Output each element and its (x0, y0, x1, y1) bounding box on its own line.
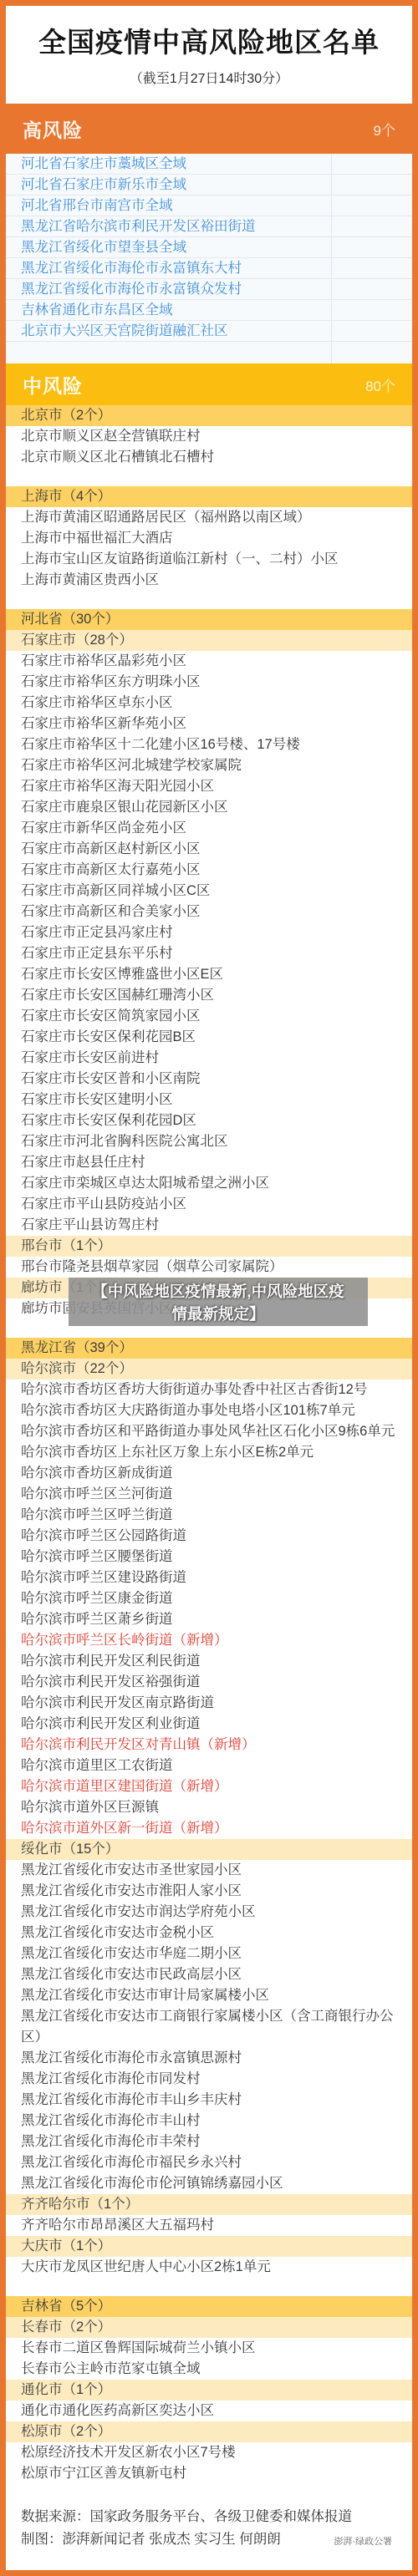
high-risk-row: 河北省邢台市南宫市全域 (6, 196, 412, 216)
area-item: 哈尔滨市利民开发区裕强街道 (6, 1672, 412, 1693)
high-risk-row: 黑龙江省绥化市海伦市永富镇东大村 (6, 258, 412, 279)
risk-group: 上海市（4个）上海市黄浦区昭通路居民区（福州路以南区域）上海市中福世福汇大酒店上… (6, 486, 412, 591)
area-item: 石家庄市长安区建明小区 (6, 1090, 412, 1110)
high-risk-row: 黑龙江省绥化市望奎县全域 (6, 237, 412, 258)
area-item: 石家庄市正定县东平乐村 (6, 943, 412, 964)
high-risk-area: 黑龙江省绥化市海伦市永富镇东大村 (6, 258, 332, 278)
medium-risk-groups: 北京市（2个）北京市顺义区赵全营镇联庄村北京市顺义区北石槽镇北石槽村上海市（4个… (6, 405, 412, 2484)
page-subtitle: （截至1月27日14时30分） (14, 68, 404, 87)
area-item: 上海市黄浦区昭通路居民区（福州路以南区域） (6, 507, 412, 528)
area-item: 哈尔滨市香坊区新成街道 (6, 1463, 412, 1484)
high-risk-row: 河北省石家庄市藁城区全域 (6, 154, 412, 175)
city-subheader: 齐齐哈尔市（1个） (6, 2194, 412, 2215)
group-gap (6, 591, 412, 609)
area-item: 黑龙江省绥化市安达市圣世家园小区 (6, 1860, 412, 1881)
high-risk-row-note-cell (332, 216, 412, 236)
area-item: 石家庄市长安区保利花园D区 (6, 1110, 412, 1131)
infographic-root: 全国疫情中高风险地区名单 （截至1月27日14时30分） 高风险 9个 河北省石… (0, 0, 418, 2576)
area-item: 石家庄市裕华区新华苑小区 (6, 714, 412, 734)
area-item: 上海市黄浦区贵西小区 (6, 570, 412, 591)
caption-line-2: 情最新规定】 (69, 1303, 368, 1325)
high-risk-row-note-cell (332, 237, 412, 257)
area-item: 黑龙江省绥化市海伦市福民乡永兴村 (6, 2152, 412, 2173)
area-item-new: 哈尔滨市道里区建国街道（新增） (6, 1776, 412, 1797)
area-item: 黑龙江省绥化市安达市审计局家属楼小区 (6, 1985, 412, 2006)
high-risk-row-note-cell (332, 279, 412, 299)
area-item: 石家庄市正定县冯家庄村 (6, 922, 412, 943)
area-item: 石家庄市赵县任庄村 (6, 1152, 412, 1173)
area-item: 哈尔滨市呼兰区呼兰街道 (6, 1505, 412, 1526)
city-subheader: 通化市（1个） (6, 2380, 412, 2401)
high-risk-area: 黑龙江省哈尔滨市利民开发区裕田街道 (6, 216, 332, 236)
area-item: 松原经济技术开发区新农小区7号楼 (6, 2442, 412, 2463)
area-item: 黑龙江省绥化市安达市淮阳人家小区 (6, 1881, 412, 1902)
high-risk-row-note-cell (332, 196, 412, 216)
group-header: 河北省（30个） (6, 609, 412, 630)
area-item: 石家庄市裕华区晶彩苑小区 (6, 651, 412, 672)
page-title: 全国疫情中高风险地区名单 (14, 26, 404, 59)
high-risk-row: 河北省石家庄市新乐市全域 (6, 175, 412, 196)
high-risk-area: 黑龙江省绥化市海伦市永富镇众发村 (6, 279, 332, 299)
area-item: 石家庄市裕华区卓东小区 (6, 693, 412, 714)
high-risk-row-note-cell (332, 154, 412, 174)
area-item: 黑龙江省绥化市海伦市永富镇思源村 (6, 2048, 412, 2069)
area-item: 石家庄市河北省胸科医院公寓北区 (6, 1131, 412, 1152)
area-item-new: 哈尔滨市道外区新一街道（新增） (6, 1818, 412, 1839)
data-source-note: 数据来源：国家政务服务平台、各级卫健委和媒体报道 (21, 2506, 397, 2528)
area-item: 哈尔滨市呼兰区萧乡街道 (6, 1609, 412, 1630)
area-item: 哈尔滨市香坊区香坊大街街道办事处香中社区古香街12号 (6, 1379, 412, 1400)
title-block: 全国疫情中高风险地区名单 （截至1月27日14时30分） (6, 6, 412, 104)
high-risk-label: 高风险 (23, 115, 83, 143)
medium-risk-count: 80个 (365, 374, 395, 395)
medium-risk-label: 中风险 (23, 371, 83, 399)
area-item: 石家庄市长安区简筑家园小区 (6, 1006, 412, 1027)
high-risk-blank-row (6, 342, 412, 363)
area-item: 石家庄市高新区同祥城小区C区 (6, 881, 412, 902)
group-header: 黑龙江省（39个） (6, 1338, 412, 1359)
high-risk-row: 北京市大兴区天宫院街道融汇社区 (6, 321, 412, 342)
area-item: 石家庄市高新区和合美家小区 (6, 902, 412, 922)
caption-line-1: 【中风险地区疫情最新,中风险地区疫 (69, 1280, 368, 1303)
area-item: 黑龙江省绥化市海伦市丰荣村 (6, 2131, 412, 2152)
area-item: 哈尔滨市香坊区和平路街道办事处风华社区石化小区9栋6单元 (6, 1421, 412, 1442)
blank-cell (332, 342, 412, 363)
blank-cell (6, 342, 332, 363)
area-item: 石家庄市裕华区海天阳光园小区 (6, 776, 412, 797)
area-item: 黑龙江省绥化市海伦市丰山村 (6, 2111, 412, 2131)
area-item: 石家庄平山县访驾庄村 (6, 1215, 412, 1236)
city-subheader: 长春市（2个） (6, 2317, 412, 2338)
city-subheader: 松原市（2个） (6, 2421, 412, 2442)
area-item: 哈尔滨市呼兰区兰河街道 (6, 1484, 412, 1505)
high-risk-row-note-cell (332, 258, 412, 278)
area-item: 通化市通化医药高新区奕达小区 (6, 2401, 412, 2421)
credit-row: 制图：澎湃新闻记者 张成杰 实习生 何朗朗 澎湃·绿政公署 (21, 2528, 397, 2551)
group-header: 吉林省（5个） (6, 2296, 412, 2317)
area-item: 石家庄市高新区太行嘉苑小区 (6, 860, 412, 881)
area-item: 黑龙江省绥化市海伦市同发村 (6, 2069, 412, 2090)
area-item: 石家庄市鹿泉区银山花园新区小区 (6, 797, 412, 818)
risk-group: 黑龙江省（39个）哈尔滨市（22个）哈尔滨市香坊区香坊大街街道办事处香中社区古香… (6, 1338, 412, 2278)
high-risk-area: 河北省石家庄市藁城区全域 (6, 154, 332, 174)
area-item: 哈尔滨市呼兰区康金街道 (6, 1588, 412, 1609)
area-item: 齐齐哈尔市昂昂溪区大五福玛村 (6, 2215, 412, 2236)
area-item: 石家庄市长安区前进村 (6, 1048, 412, 1069)
group-gap (6, 2278, 412, 2296)
group-header: 北京市（2个） (6, 405, 412, 426)
area-item: 邢台市隆尧县烟草家园（烟草公司家属院） (6, 1257, 412, 1278)
high-risk-row-note-cell (332, 300, 412, 320)
area-item: 黑龙江省绥化市安达市金税小区 (6, 1923, 412, 1943)
area-item-new: 哈尔滨市利民开发区对青山镇（新增） (6, 1735, 412, 1755)
high-risk-area: 河北省邢台市南宫市全域 (6, 196, 332, 216)
high-risk-row: 黑龙江省哈尔滨市利民开发区裕田街道 (6, 216, 412, 237)
high-risk-area: 黑龙江省绥化市望奎县全域 (6, 237, 332, 257)
area-item-new: 哈尔滨市呼兰区长岭街道（新增） (6, 1630, 412, 1651)
area-item: 大庆市龙凤区世纪唐人中心小区2栋1单元 (6, 2257, 412, 2278)
area-item: 松原市宁江区善友镇新屯村 (6, 2463, 412, 2484)
risk-group: 吉林省（5个）长春市（2个）长春市二道区鲁辉国际城荷兰小镇小区长春市公主岭市范家… (6, 2296, 412, 2484)
high-risk-area: 吉林省通化市东昌区全域 (6, 300, 332, 320)
area-item: 石家庄市长安区保利花园B区 (6, 1027, 412, 1048)
high-risk-area: 北京市大兴区天宫院街道融汇社区 (6, 321, 332, 341)
caption-overlay: 【中风险地区疫情最新,中风险地区疫情最新规定】 (69, 1278, 368, 1326)
area-item: 石家庄市高新区赵村新区小区 (6, 839, 412, 860)
high-risk-table: 河北省石家庄市藁城区全域河北省石家庄市新乐市全域河北省邢台市南宫市全域黑龙江省哈… (6, 154, 412, 363)
area-item: 石家庄市裕华区十二化建小区16号楼、17号楼 (6, 734, 412, 755)
area-item: 北京市顺义区北石槽镇北石槽村 (6, 447, 412, 468)
area-item: 石家庄市裕华区东方明珠小区 (6, 672, 412, 693)
area-item: 石家庄市平山县防疫站小区 (6, 1194, 412, 1215)
city-subheader: 邢台市（1个） (6, 1236, 412, 1257)
area-item: 哈尔滨市呼兰区腰堡街道 (6, 1547, 412, 1567)
area-item: 上海市宝山区友谊路街道临江新村（一、二村）小区 (6, 549, 412, 570)
area-item: 石家庄市裕华区河北城建学校家属院 (6, 755, 412, 776)
area-item: 哈尔滨市利民开发区利业街道 (6, 1714, 412, 1735)
area-item: 哈尔滨市道里区工农街道 (6, 1755, 412, 1776)
area-item: 黑龙江省绥化市安达市民政高层小区 (6, 1964, 412, 1985)
area-item: 哈尔滨市呼兰区建设路街道 (6, 1567, 412, 1588)
area-item: 黑龙江省绥化市海伦市伦河镇锦绣嘉园小区 (6, 2173, 412, 2194)
area-item: 石家庄市栾城区卓达太阳城希望之洲小区 (6, 1173, 412, 1194)
area-item: 北京市顺义区赵全营镇联庄村 (6, 426, 412, 447)
risk-group: 北京市（2个）北京市顺义区赵全营镇联庄村北京市顺义区北石槽镇北石槽村 (6, 405, 412, 468)
risk-group: 河北省（30个）石家庄市（28个）石家庄市裕华区晶彩苑小区石家庄市裕华区东方明珠… (6, 609, 412, 1319)
area-item: 长春市二道区鲁辉国际城荷兰小镇小区 (6, 2338, 412, 2359)
group-header: 上海市（4个） (6, 486, 412, 507)
area-item: 哈尔滨市呼兰区公园路街道 (6, 1526, 412, 1547)
group-gap (6, 468, 412, 486)
high-risk-row: 吉林省通化市东昌区全域 (6, 300, 412, 321)
area-item: 哈尔滨市利民开发区南京路街道 (6, 1693, 412, 1714)
city-subheader: 大庆市（1个） (6, 2236, 412, 2257)
high-risk-area: 河北省石家庄市新乐市全域 (6, 175, 332, 195)
area-item: 长春市公主岭市范家屯镇全域 (6, 2359, 412, 2380)
area-item: 上海市中福世福汇大酒店 (6, 528, 412, 549)
area-item: 黑龙江省绥化市安达市润达学府苑小区 (6, 1902, 412, 1923)
area-item: 哈尔滨市利民开发区利民街道 (6, 1651, 412, 1672)
footer: 数据来源：国家政务服务平台、各级卫健委和媒体报道 制图：澎湃新闻记者 张成杰 实… (6, 2506, 412, 2551)
area-item: 黑龙江省绥化市安达市工商银行家属楼小区（含工商银行办公区） (6, 2006, 412, 2048)
area-item: 石家庄市长安区国赫红珊湾小区 (6, 985, 412, 1006)
area-item: 哈尔滨市香坊区大庆路街道办事处电塔小区101栋7单元 (6, 1400, 412, 1421)
high-risk-count: 9个 (374, 119, 395, 140)
area-item: 黑龙江省绥化市安达市华庭二期小区 (6, 1943, 412, 1964)
high-risk-row-note-cell (332, 175, 412, 195)
high-risk-header: 高风险 9个 (6, 104, 412, 154)
thepaper-logo: 澎湃·绿政公署 (334, 2533, 397, 2551)
area-item: 黑龙江省绥化市海伦市丰山乡丰庆村 (6, 2090, 412, 2111)
high-risk-row: 黑龙江省绥化市海伦市永富镇众发村 (6, 279, 412, 300)
high-risk-row-note-cell (332, 321, 412, 341)
area-item: 哈尔滨市道外区巨源镇 (6, 1797, 412, 1818)
area-item: 石家庄市长安区普和小区南院 (6, 1069, 412, 1090)
medium-risk-header: 中风险 80个 (6, 363, 412, 405)
credit-note: 制图：澎湃新闻记者 张成杰 实习生 何朗朗 (21, 2528, 281, 2551)
area-item: 石家庄市新华区尚金苑小区 (6, 818, 412, 839)
city-subheader: 石家庄市（28个） (6, 630, 412, 651)
city-subheader: 绥化市（15个） (6, 1839, 412, 1860)
area-item: 哈尔滨市香坊区上东社区万象上东小区E栋2单元 (6, 1442, 412, 1463)
city-subheader: 哈尔滨市（22个） (6, 1359, 412, 1379)
area-item: 石家庄市长安区博雅盛世小区E区 (6, 964, 412, 985)
